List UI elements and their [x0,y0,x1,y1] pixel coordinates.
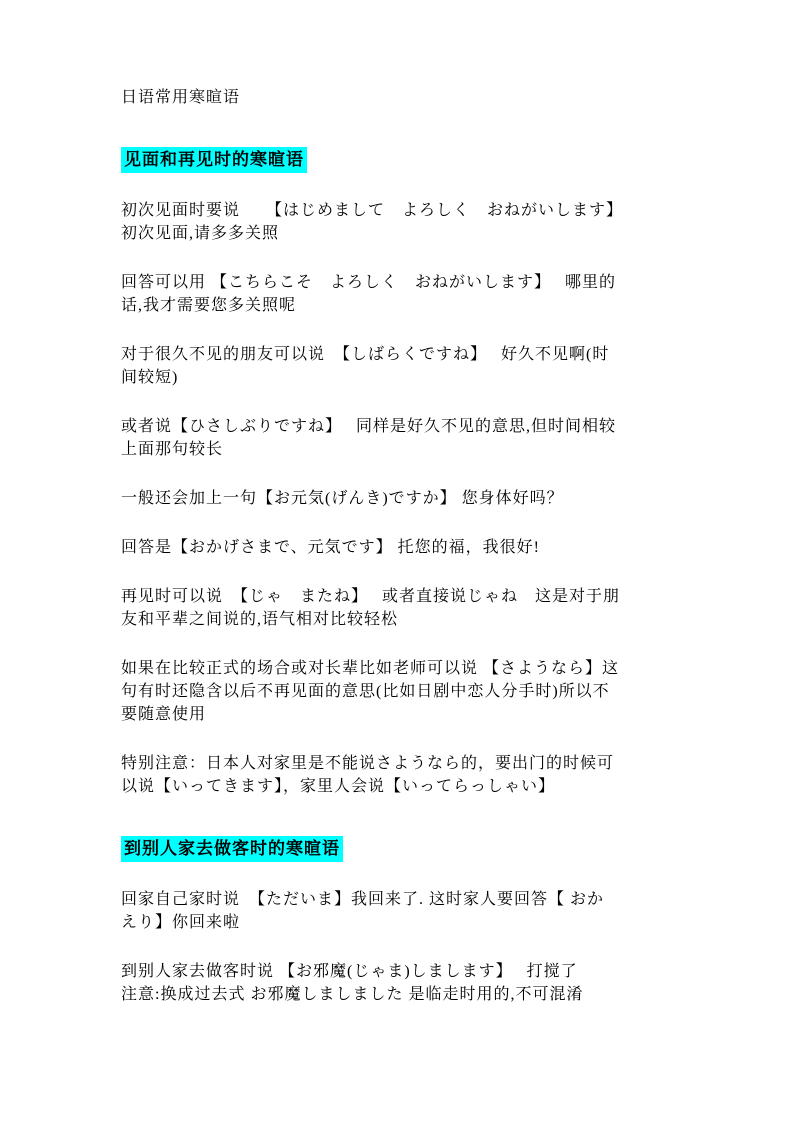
section-1-heading: 见面和再见时的寒暄语 [121,147,307,173]
paragraph: 再见时可以说 【じゃ またね】 或者直接说じゃね 这是对于朋 友和平辈之间说的,… [121,585,684,631]
paragraph: 如果在比较正式的场合或对长辈比如老师可以说 【さようなら】这 句有时还隐含以后不… [121,657,684,726]
paragraph: 回答是【おかげさまで、元気です】 托您的福，我很好! [121,536,684,559]
section-2-heading: 到别人家去做客时的寒暄语 [121,836,343,862]
paragraph: 对于很久不见的朋友可以说 【しばらくですね】 好久不见啊(时 间较短) [121,343,684,389]
document-title: 日语常用寒暄语 [121,86,684,109]
section-2-heading-row: 到别人家去做客时的寒暄语 [121,836,684,862]
paragraph: 或者说【ひさしぶりですね】 同样是好久不见的意思,但时间相较 上面那句较长 [121,415,684,461]
document-page: 日语常用寒暄语 见面和再见时的寒暄语 初次见面时要说 【はじめまして よろしく … [0,0,794,1123]
paragraph: 回答可以用 【こちらこそ よろしく おねがいします】 哪里的 话,我才需要您多关… [121,271,684,317]
paragraph: 初次见面时要说 【はじめまして よろしく おねがいします】 初次见面,请多多关照 [121,199,684,245]
paragraph: 回家自己家时说 【ただいま】我回来了. 这时家人要回答【 おか えり】你回来啦 [121,888,684,934]
paragraph: 到别人家去做客时说 【お邪魔(じゃま)しまします】 打搅了 注意:换成过去式 お… [121,960,684,1006]
section-1-heading-row: 见面和再见时的寒暄语 [121,147,684,173]
document-content: 日语常用寒暄语 见面和再见时的寒暄语 初次见面时要说 【はじめまして よろしく … [0,0,794,1006]
paragraph: 一般还会加上一句【お元気(げんき)ですか】 您身体好吗？ [121,487,684,510]
paragraph: 特别注意：日本人对家里是不能说さようなら的，要出门的时候可 以说【いってきます】… [121,752,684,798]
